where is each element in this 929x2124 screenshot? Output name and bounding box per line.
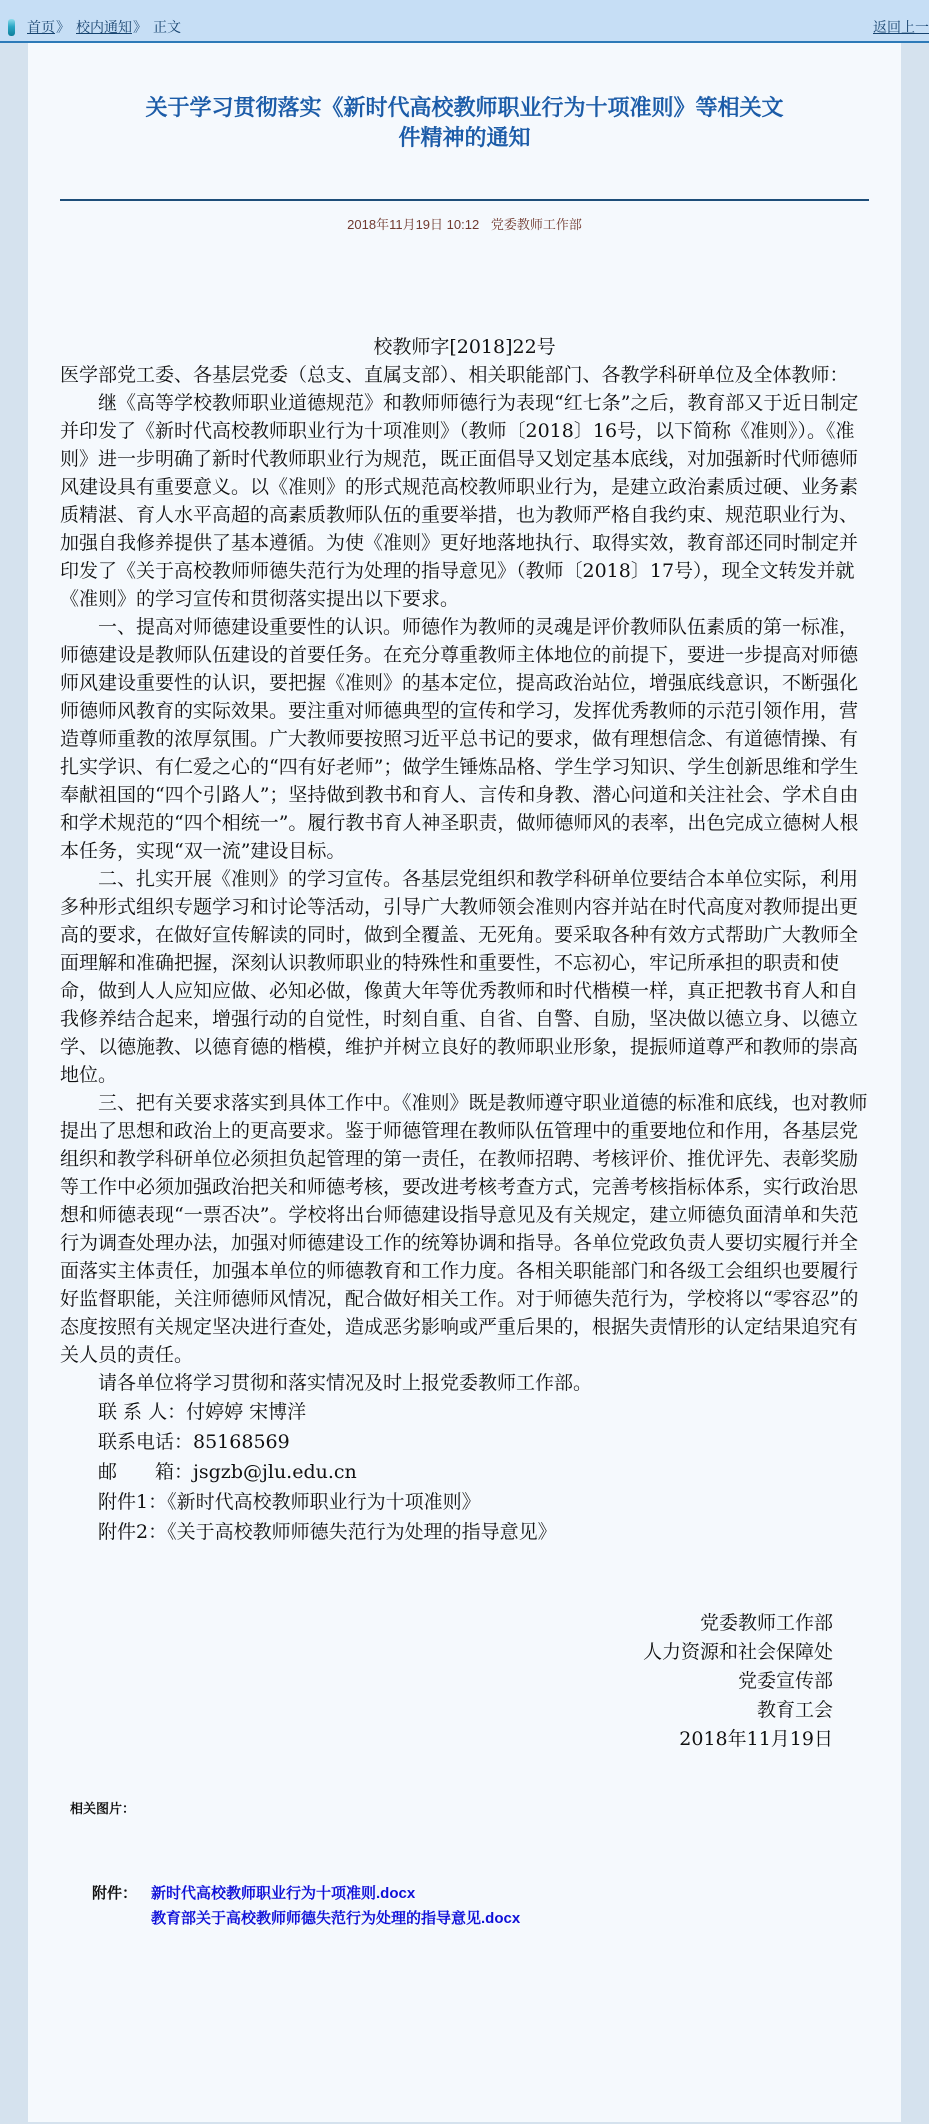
body-paragraph: 继《高等学校教师职业道德规范》和教师师德行为表现“红七条”之后，教育部又于近日制… <box>60 389 869 613</box>
notice-body: 校教师字[2018]22号 医学部党工委、各基层党委（总支、直属支部）、相关职能… <box>60 333 869 1754</box>
attachment-link-guidance-docx[interactable]: 教育部关于高校教师师德失范行为处理的指导意见.docx <box>151 1906 520 1931</box>
signature-line: 党委宣传部 <box>60 1667 833 1696</box>
signature-line: 教育工会 <box>60 1696 833 1725</box>
title-divider <box>60 199 869 201</box>
body-paragraph: 一、提高对师德建设重要性的认识。师德作为教师的灵魂是评价教师队伍素质的第一标准，… <box>60 613 869 865</box>
breadcrumb-separator: 》 <box>133 17 147 37</box>
body-paragraph: 请各单位将学习贯彻和落实情况及时上报党委教师工作部。 <box>60 1369 869 1397</box>
attachments-section: 附件： 新时代高校教师职业行为十项准则.docx 教育部关于高校教师师德失范行为… <box>92 1881 869 1931</box>
top-navigation-bar: 首页 》 校内通知 》 正文 返回上一页 <box>0 0 929 43</box>
signature-line: 党委教师工作部 <box>60 1609 833 1638</box>
bullet-icon <box>8 19 15 36</box>
attachment-link-guidelines-docx[interactable]: 新时代高校教师职业行为十项准则.docx <box>151 1881 520 1906</box>
breadcrumb-separator: 》 <box>56 17 70 37</box>
breadcrumb-current-page: 正文 <box>153 17 181 37</box>
salutation-line: 医学部党工委、各基层党委（总支、直属支部）、相关职能部门、各教学科研单位及全体教… <box>60 361 869 389</box>
back-to-previous-page-link[interactable]: 返回上一页 <box>873 17 929 37</box>
notice-content-panel: 关于学习贯彻落实《新时代高校教师职业行为十项准则》等相关文件精神的通知 2018… <box>28 43 901 2122</box>
attachment-links: 新时代高校教师职业行为十项准则.docx 教育部关于高校教师师德失范行为处理的指… <box>151 1881 520 1931</box>
publishing-department: 党委教师工作部 <box>491 217 582 232</box>
contact-person-line: 联 系 人：付婷婷 宋博洋 <box>60 1397 869 1427</box>
attachments-label: 附件： <box>92 1881 137 1906</box>
document-number: 校教师字[2018]22号 <box>60 333 869 361</box>
signature-block: 党委教师工作部 人力资源和社会保障处 党委宣传部 教育工会 2018年11月19… <box>60 1609 869 1754</box>
breadcrumb-home-link[interactable]: 首页 <box>27 17 55 37</box>
related-images-label: 相关图片： <box>70 1798 869 1817</box>
appendix-1-line: 附件1：《新时代高校教师职业行为十项准则》 <box>60 1487 869 1517</box>
signature-line: 人力资源和社会保障处 <box>60 1638 833 1667</box>
contact-phone-line: 联系电话：85168569 <box>60 1427 869 1457</box>
publish-datetime: 2018年11月19日 10:12 <box>347 217 479 232</box>
contact-email-line: 邮 箱：jsgzb@jlu.edu.cn <box>60 1457 869 1487</box>
breadcrumb-campus-notice-link[interactable]: 校内通知 <box>76 17 132 37</box>
appendix-2-line: 附件2：《关于高校教师师德失范行为处理的指导意见》 <box>60 1517 869 1547</box>
signature-date-line: 2018年11月19日 <box>60 1725 833 1754</box>
body-paragraph: 二、扎实开展《准则》的学习宣传。各基层党组织和教学科研单位要结合本单位实际，利用… <box>60 865 869 1089</box>
breadcrumb: 首页 》 校内通知 》 正文 <box>8 17 181 37</box>
body-paragraph: 三、把有关要求落实到具体工作中。《准则》既是教师遵守职业道德的标准和底线，也对教… <box>60 1089 869 1369</box>
page-title: 关于学习贯彻落实《新时代高校教师职业行为十项准则》等相关文件精神的通知 <box>140 93 790 153</box>
notice-meta: 2018年11月19日 10:12 党委教师工作部 <box>60 214 869 233</box>
